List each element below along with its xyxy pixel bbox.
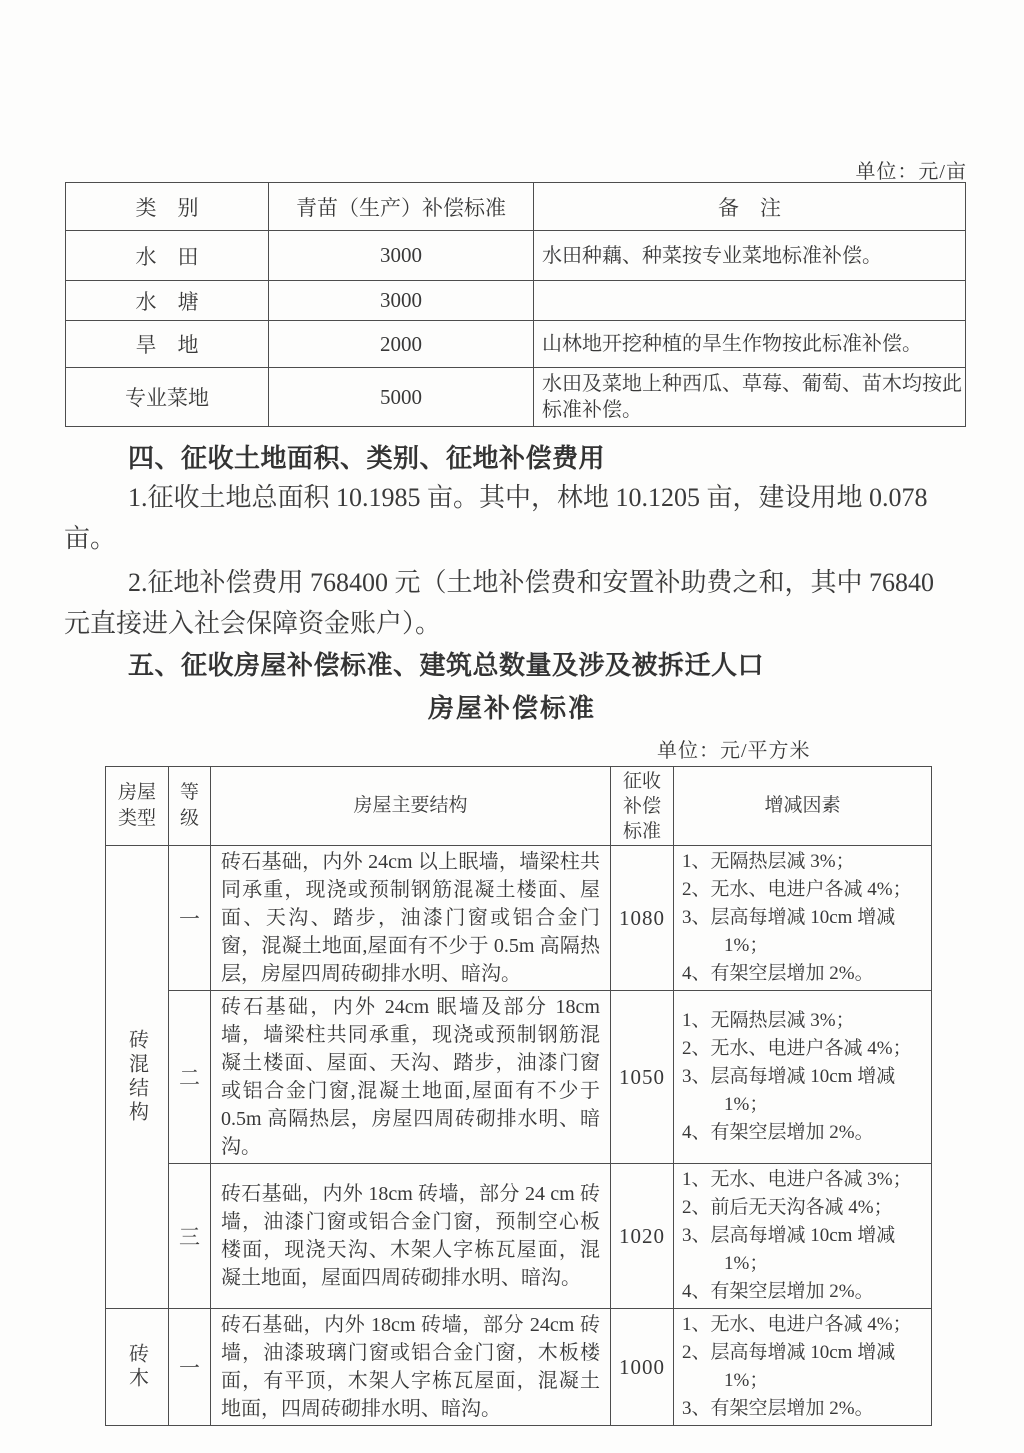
factor-item: 3、层高每增减 10cm 增减 1%； xyxy=(682,1063,925,1119)
t1-remark-header: 备 注 xyxy=(534,183,966,231)
house-compensation-table: 房屋类型 等级 房屋主要结构 征收补偿标准 增减因素 砖混结构 一 砖石基础，内… xyxy=(105,766,932,1426)
table-row: 旱 地 2000 山林地开挖种植的旱生作物按此标准补偿。 xyxy=(66,321,966,368)
standard-cell: 1020 xyxy=(611,1164,674,1309)
table-header-row: 类 别 青苗（生产）补偿标准 备 注 xyxy=(66,183,966,231)
t1-standard-header: 青苗（生产）补偿标准 xyxy=(269,183,534,231)
table-row: 二 砖石基础，内外 24cm 眠墙及部分 18cm 墙，墙梁柱共同承重，现浇或预… xyxy=(106,991,932,1164)
standard-cell: 5000 xyxy=(269,368,534,427)
factor-item: 4、有架空层增加 2%。 xyxy=(682,1278,925,1306)
category-cell: 水 田 xyxy=(66,231,269,281)
table-row: 砖木 一 砖石基础，内外 18cm 砖墙，部分 24cm 砖墙，油漆玻璃门窗或铝… xyxy=(106,1309,932,1426)
table-row: 三 砖石基础，内外 18cm 砖墙，部分 24 cm 砖墙，油漆门窗或铝合金门窗… xyxy=(106,1164,932,1309)
green-seedling-compensation-table: 类 别 青苗（生产）补偿标准 备 注 水 田 3000 水田种藕、种菜按专业菜地… xyxy=(65,182,966,427)
factor-item: 2、层高每增减 10cm 增减 1%； xyxy=(682,1339,925,1395)
factor-item: 2、无水、电进户各减 4%； xyxy=(682,1035,925,1063)
standard-cell: 3000 xyxy=(269,231,534,281)
factor-item: 4、有架空层增加 2%。 xyxy=(682,960,925,988)
factor-item: 4、有架空层增加 2%。 xyxy=(682,1119,925,1147)
factor-item: 1、无水、电进户各减 4%； xyxy=(682,1311,925,1339)
table-row: 砖混结构 一 砖石基础，内外 24cm 以上眠墙，墙梁柱共同承重，现浇或预制钢筋… xyxy=(106,846,932,991)
section-4-heading: 四、征收土地面积、类别、征地补偿费用 xyxy=(128,438,605,475)
table-row: 专业菜地 5000 水田及菜地上种西瓜、草莓、葡萄、苗木均按此标准补偿。 xyxy=(66,368,966,427)
grade-cell: 一 xyxy=(169,846,211,991)
paragraph-line: 元直接进入社会保障资金账户）。 xyxy=(64,603,974,644)
standard-cell: 3000 xyxy=(269,281,534,321)
table-row: 水 田 3000 水田种藕、种菜按专业菜地标准补偿。 xyxy=(66,231,966,281)
land-area-paragraph: 1.征收土地总面积 10.1985 亩。其中，林地 10.1205 亩，建设用地… xyxy=(64,477,974,559)
house-type-label: 砖木 xyxy=(123,1343,152,1391)
t2-factors-header: 增减因素 xyxy=(674,767,932,846)
remark-cell: 水田种藕、种菜按专业菜地标准补偿。 xyxy=(534,231,966,281)
remark-cell: 山林地开挖种植的旱生作物按此标准补偿。 xyxy=(534,321,966,368)
standard-cell: 1080 xyxy=(611,846,674,991)
factors-cell: 1、无隔热层减 3%； 2、无水、电进户各减 4%； 3、层高每增减 10cm … xyxy=(674,991,932,1164)
category-cell: 专业菜地 xyxy=(66,368,269,427)
category-cell: 旱 地 xyxy=(66,321,269,368)
factor-item: 3、有架空层增加 2%。 xyxy=(682,1395,925,1423)
house-type-label: 砖混结构 xyxy=(123,1029,152,1125)
table-row: 水 塘 3000 xyxy=(66,281,966,321)
paragraph-line: 2.征地补偿费用 768400 元（土地补偿费和安置补助费之和，其中 76840 xyxy=(64,562,974,603)
factor-item: 2、无水、电进户各减 4%； xyxy=(682,876,925,904)
remark-cell: 水田及菜地上种西瓜、草莓、葡萄、苗木均按此标准补偿。 xyxy=(534,368,966,427)
standard-cell: 1000 xyxy=(611,1309,674,1426)
factor-item: 1、无隔热层减 3%； xyxy=(682,848,925,876)
structure-cell: 砖石基础，内外 24cm 以上眠墙，墙梁柱共同承重，现浇或预制钢筋混凝土楼面、屋… xyxy=(211,846,611,991)
t2-grade-header: 等级 xyxy=(169,767,211,846)
grade-cell: 一 xyxy=(169,1309,211,1426)
section-5-heading: 五、征收房屋补偿标准、建筑总数量及涉及被拆迁人口 xyxy=(128,645,764,682)
paragraph-line: 1.征收土地总面积 10.1985 亩。其中，林地 10.1205 亩，建设用地… xyxy=(64,477,974,518)
t2-type-header: 房屋类型 xyxy=(106,767,169,846)
factors-cell: 1、无水、电进户各减 3%； 2、前后无天沟各减 4%； 3、层高每增减 10c… xyxy=(674,1164,932,1309)
standard-cell: 1050 xyxy=(611,991,674,1164)
factor-item: 2、前后无天沟各减 4%； xyxy=(682,1194,925,1222)
structure-cell: 砖石基础，内外 18cm 砖墙，部分 24cm 砖墙，油漆玻璃门窗或铝合金门窗，… xyxy=(211,1309,611,1426)
t1-category-header: 类 别 xyxy=(66,183,269,231)
table-header-row: 房屋类型 等级 房屋主要结构 征收补偿标准 增减因素 xyxy=(106,767,932,846)
remark-cell xyxy=(534,281,966,321)
document-page: 单位：元/亩 类 别 青苗（生产）补偿标准 备 注 水 田 3000 水田种藕、… xyxy=(0,0,1024,1453)
house-type-cell: 砖混结构 xyxy=(106,846,169,1309)
standard-cell: 2000 xyxy=(269,321,534,368)
t2-structure-header: 房屋主要结构 xyxy=(211,767,611,846)
unit-note-yuan-per-sqm: 单位：元/平方米 xyxy=(657,734,811,763)
factors-cell: 1、无水、电进户各减 4%； 2、层高每增减 10cm 增减 1%； 3、有架空… xyxy=(674,1309,932,1426)
house-type-cell: 砖木 xyxy=(106,1309,169,1426)
factors-cell: 1、无隔热层减 3%； 2、无水、电进户各减 4%； 3、层高每增减 10cm … xyxy=(674,846,932,991)
t2-standard-header: 征收补偿标准 xyxy=(611,767,674,846)
factor-item: 1、无隔热层减 3%； xyxy=(682,1007,925,1035)
house-compensation-subtitle: 房屋补偿标准 xyxy=(0,688,1024,725)
compensation-fee-paragraph: 2.征地补偿费用 768400 元（土地补偿费和安置补助费之和，其中 76840… xyxy=(64,562,974,644)
factor-item: 1、无水、电进户各减 3%； xyxy=(682,1166,925,1194)
grade-cell: 三 xyxy=(169,1164,211,1309)
factor-item: 3、层高每增减 10cm 增减 1%； xyxy=(682,904,925,960)
category-cell: 水 塘 xyxy=(66,281,269,321)
structure-cell: 砖石基础，内外 18cm 砖墙，部分 24 cm 砖墙，油漆门窗或铝合金门窗，预… xyxy=(211,1164,611,1309)
paragraph-line: 亩。 xyxy=(64,518,974,559)
unit-note-yuan-per-mu: 单位：元/亩 xyxy=(845,155,967,184)
grade-cell: 二 xyxy=(169,991,211,1164)
factor-item: 3、层高每增减 10cm 增减 1%； xyxy=(682,1222,925,1278)
structure-cell: 砖石基础，内外 24cm 眠墙及部分 18cm 墙，墙梁柱共同承重，现浇或预制钢… xyxy=(211,991,611,1164)
